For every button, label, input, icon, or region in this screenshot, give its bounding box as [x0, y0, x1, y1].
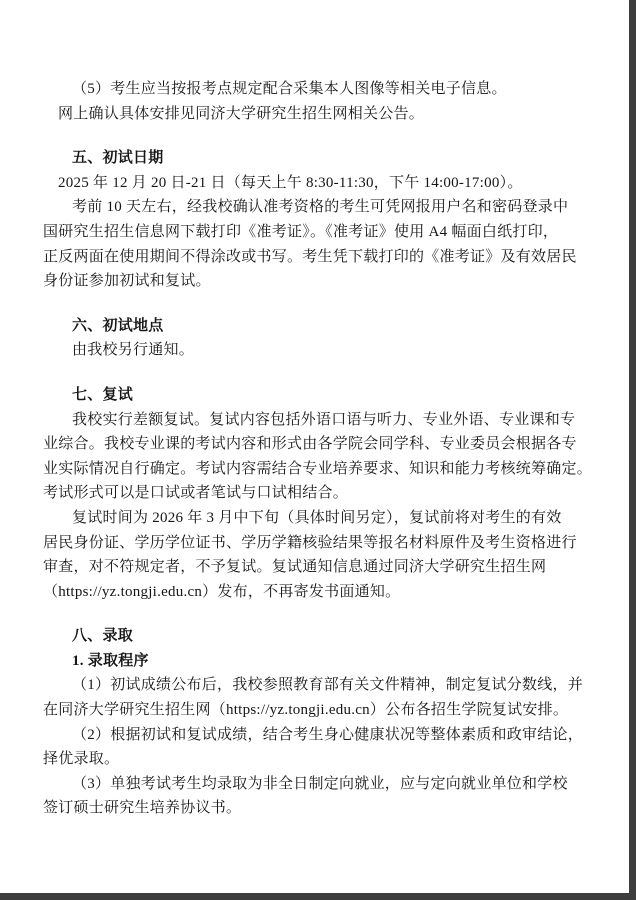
document-text-line: 由我校另行通知。 [43, 338, 592, 363]
section-heading: 六、初试地点 [43, 314, 592, 339]
scan-edge-right [629, 0, 636, 900]
document-text-line: 国研究生招生信息网下载打印《准考证》。《准考证》使用 A4 幅面白纸打印， [43, 220, 592, 245]
document-text-line: 业综合。我校专业课的考试内容和形式由各学院会同学科、专业委员会根据各专 [43, 432, 592, 457]
document-text-line: （https://yz.tongji.edu.cn）发布，不再寄发书面通知。 [43, 580, 592, 605]
document-text-line: 正反两面在使用期间不得涂改或书写。考生凭下载打印的《准考证》及有效居民 [43, 245, 592, 270]
section-heading: 五、初试日期 [43, 146, 592, 171]
document-text-line: 考试形式可以是口试或者笔试与口试相结合。 [43, 481, 592, 506]
document-page: （5）考生应当按报考点规定配合采集本人图像等相关电子信息。网上确认具体安排见同济… [0, 0, 636, 900]
document-text-line: 复试时间为 2026 年 3 月中下旬（具体时间另定），复试前将对考生的有效 [43, 506, 592, 531]
document-text-line: 我校实行差额复试。复试内容包括外语口语与听力、专业外语、专业课和专 [43, 408, 592, 433]
document-text-line: 2025 年 12 月 20 日-21 日（每天上午 8:30-11:30，下午… [43, 171, 592, 196]
section-heading: 七、复试 [43, 383, 592, 408]
document-text-line: 身份证参加初试和复试。 [43, 269, 592, 294]
section-heading: 1. 录取程序 [43, 649, 592, 674]
document-text-line: （2）根据初试和复试成绩，结合考生身心健康状况等整体素质和政审结论， [43, 723, 592, 748]
document-text-line: 业实际情况自行确定。考试内容需结合专业培养要求、知识和能力考核统筹确定。 [43, 457, 592, 482]
document-text-line: （5）考生应当按报考点规定配合采集本人图像等相关电子信息。 [43, 77, 592, 102]
document-text-line: 在同济大学研究生招生网（https://yz.tongji.edu.cn）公布各… [43, 698, 592, 723]
document-text-line: 网上确认具体安排见同济大学研究生招生网相关公告。 [43, 102, 592, 127]
scan-edge-bottom [0, 893, 636, 900]
document-text-line: 签订硕士研究生培养协议书。 [43, 796, 592, 821]
document-text-line: 居民身份证、学历学位证书、学历学籍核验结果等报名材料原件及考生资格进行 [43, 531, 592, 556]
document-content: （5）考生应当按报考点规定配合采集本人图像等相关电子信息。网上确认具体安排见同济… [43, 77, 592, 821]
document-text-line: 择优录取。 [43, 747, 592, 772]
section-heading: 八、录取 [43, 624, 592, 649]
document-text-line: 审查，对不符规定者，不予复试。复试通知信息通过同济大学研究生招生网 [43, 555, 592, 580]
document-text-line: （3）单独考试考生均录取为非全日制定向就业，应与定向就业单位和学校 [43, 772, 592, 797]
document-text-line: 考前 10 天左右，经我校确认准考资格的考生可凭网报用户名和密码登录中 [43, 195, 592, 220]
document-text-line: （1）初试成绩公布后，我校参照教育部有关文件精神，制定复试分数线，并 [43, 673, 592, 698]
